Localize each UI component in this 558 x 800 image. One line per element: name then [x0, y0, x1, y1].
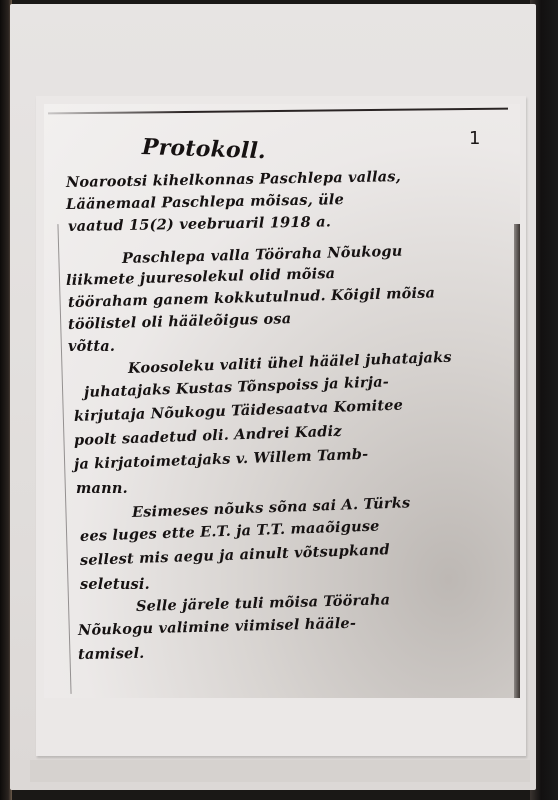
top-rule-line — [48, 108, 508, 115]
text-line: Läänemaal Paschlepa mõisas, üle — [66, 191, 344, 213]
text-line: Paschlepa valla Tööraha Nõukogu — [122, 243, 403, 267]
text-line: ja kirjatoimetajaks v. Willem Tamb- — [74, 446, 369, 473]
text-line: tööraham ganem kokkutulnud. Kõigil mõisa — [68, 284, 436, 311]
text-line: liikmete juuresolekul olid mõisa — [66, 265, 336, 289]
text-line: poolt saadetud oli. Andrei Kadiz — [74, 423, 342, 449]
text-line: tamisel. — [78, 645, 145, 663]
text-line: mann. — [76, 480, 128, 497]
page-number: 1 — [469, 128, 480, 149]
text-line: töölistel oli hääleõigus osa — [68, 310, 292, 333]
text-line: vaatud 15(2) veebruaril 1918 a. — [68, 213, 331, 235]
handwritten-document-photo: 1 Protokoll. Noarootsi kihelkonnas Pasch… — [44, 104, 520, 698]
photo-right-edge-shadow — [514, 224, 520, 698]
text-line: Selle järele tuli mõisa Tööraha — [136, 591, 391, 615]
text-line: sellest mis aegu ja ainult võtsupkand — [80, 541, 390, 569]
text-line: Noarootsi kihelkonnas Paschlepa vallas, — [66, 168, 401, 191]
text-line: Nõukogu valimine viimisel hääle- — [78, 615, 356, 639]
text-line: Koosoleku valiti ühel häälel juhatajaks — [128, 349, 452, 377]
document-title: Protokoll. — [142, 134, 267, 164]
mount-bottom-shadow — [30, 760, 530, 782]
text-line: juhatajaks Kustas Tõnspoiss ja kirja- — [84, 373, 390, 401]
text-line: ees luges ette E.T. ja T.T. maaõiguse — [80, 518, 380, 545]
text-line: seletusi. — [80, 576, 150, 593]
text-line: kirjutaja Nõukogu Täidesaatva Komitee — [74, 397, 404, 425]
text-line: võtta. — [68, 338, 115, 355]
